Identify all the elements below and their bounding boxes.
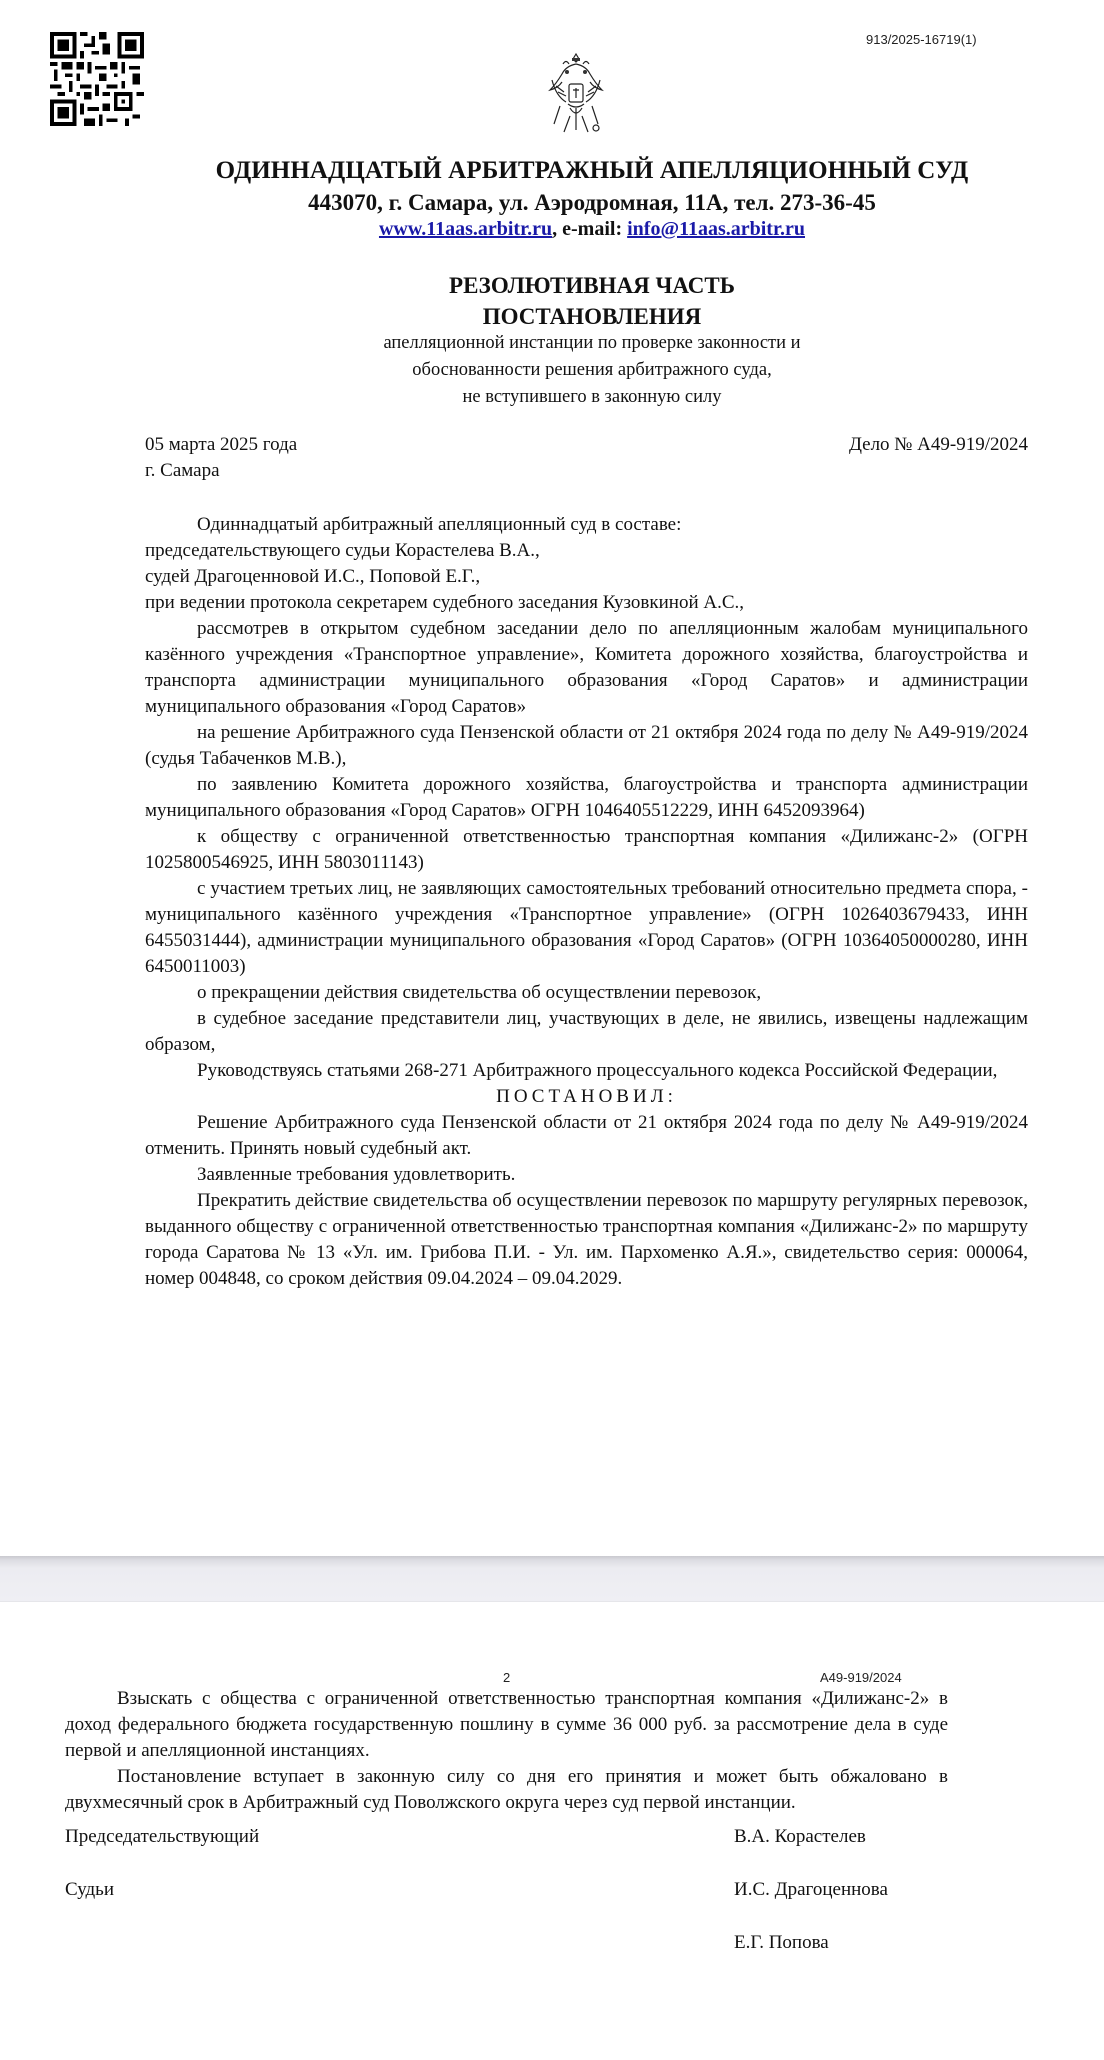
judge-name: И.С. Драгоценнова [734, 1879, 888, 1901]
email-label: , e-mail: [552, 218, 627, 240]
document-title-line-1: РЕЗОЛЮТИВНАЯ ЧАСТЬ [0, 270, 1104, 301]
judges-label: Судьи [65, 1879, 114, 1901]
document-page-1: 913/2025-16719(1) [0, 0, 1104, 1556]
document-title-line-2: ПОСТАНОВЛЕНИЯ [0, 301, 1104, 332]
paragraph: с участием третьих лиц, не заявляющих са… [145, 876, 1028, 980]
paragraph: председательствующего судьи Корастелева … [145, 538, 1028, 564]
paragraph: в судебное заседание представители лиц, … [145, 1006, 1028, 1058]
document-body-continued: Взыскать с общества с ограниченной ответ… [65, 1686, 948, 1816]
subtitle-line: обоснованности решения арбитражного суда… [0, 357, 1104, 384]
court-website-link[interactable]: www.11aas.arbitr.ru [379, 218, 552, 240]
paragraph: по заявлению Комитета дорожного хозяйств… [145, 772, 1028, 824]
court-contacts: www.11aas.arbitr.ru, e-mail: info@11aas.… [0, 218, 1104, 241]
ruling-paragraph: Заявленные требования удовлетворить. [145, 1162, 1028, 1188]
court-name: ОДИННАДЦАТЫЙ АРБИТРАЖНЫЙ АПЕЛЛЯЦИОННЫЙ С… [0, 157, 1104, 185]
document-reference: 913/2025-16719(1) [866, 32, 977, 47]
qr-code-icon [50, 32, 144, 126]
subtitle-line: не вступившего в законную силу [0, 384, 1104, 411]
ruling-heading: ПОСТАНОВИЛ: [145, 1084, 1028, 1110]
document-subtitle: апелляционной инстанции по проверке зако… [0, 330, 1104, 411]
page-number: 2 [503, 1670, 510, 1685]
document-body: Одиннадцатый арбитражный апелляционный с… [145, 512, 1028, 1292]
paragraph: при ведении протокола секретарем судебно… [145, 590, 1028, 616]
page-case-reference: А49-919/2024 [820, 1670, 902, 1685]
paragraph: рассмотрев в открытом судебном заседании… [145, 616, 1028, 720]
document-page-2: 2 А49-919/2024 Взыскать с общества с огр… [0, 1602, 1104, 2060]
court-email-link[interactable]: info@11aas.arbitr.ru [627, 218, 805, 240]
case-number: Дело № А49-919/2024 [0, 434, 1028, 456]
presiding-judge-name: В.А. Корастелев [734, 1826, 866, 1848]
court-address: 443070, г. Самара, ул. Аэродромная, 11А,… [0, 190, 1104, 216]
coat-of-arms-icon [546, 50, 606, 146]
decision-city: г. Самара [145, 460, 220, 482]
presiding-judge-label: Председательствующий [65, 1826, 259, 1848]
paragraph: к обществу с ограниченной ответственност… [145, 824, 1028, 876]
page-separator [0, 1556, 1104, 1602]
judge-name: Е.Г. Попова [734, 1932, 829, 1954]
paragraph: Руководствуясь статьями 268-271 Арбитраж… [145, 1058, 1028, 1084]
paragraph: судей Драгоценновой И.С., Поповой Е.Г., [145, 564, 1028, 590]
paragraph: на решение Арбитражного суда Пензенской … [145, 720, 1028, 772]
paragraph: Постановление вступает в законную силу с… [65, 1764, 948, 1816]
paragraph: Взыскать с общества с ограниченной ответ… [65, 1686, 948, 1764]
document-title: РЕЗОЛЮТИВНАЯ ЧАСТЬ ПОСТАНОВЛЕНИЯ [0, 270, 1104, 332]
ruling-paragraph: Прекратить действие свидетельства об осу… [145, 1188, 1028, 1292]
paragraph: Одиннадцатый арбитражный апелляционный с… [145, 512, 1028, 538]
subtitle-line: апелляционной инстанции по проверке зако… [0, 330, 1104, 357]
ruling-paragraph: Решение Арбитражного суда Пензенской обл… [145, 1110, 1028, 1162]
paragraph: о прекращении действия свидетельства об … [145, 980, 1028, 1006]
